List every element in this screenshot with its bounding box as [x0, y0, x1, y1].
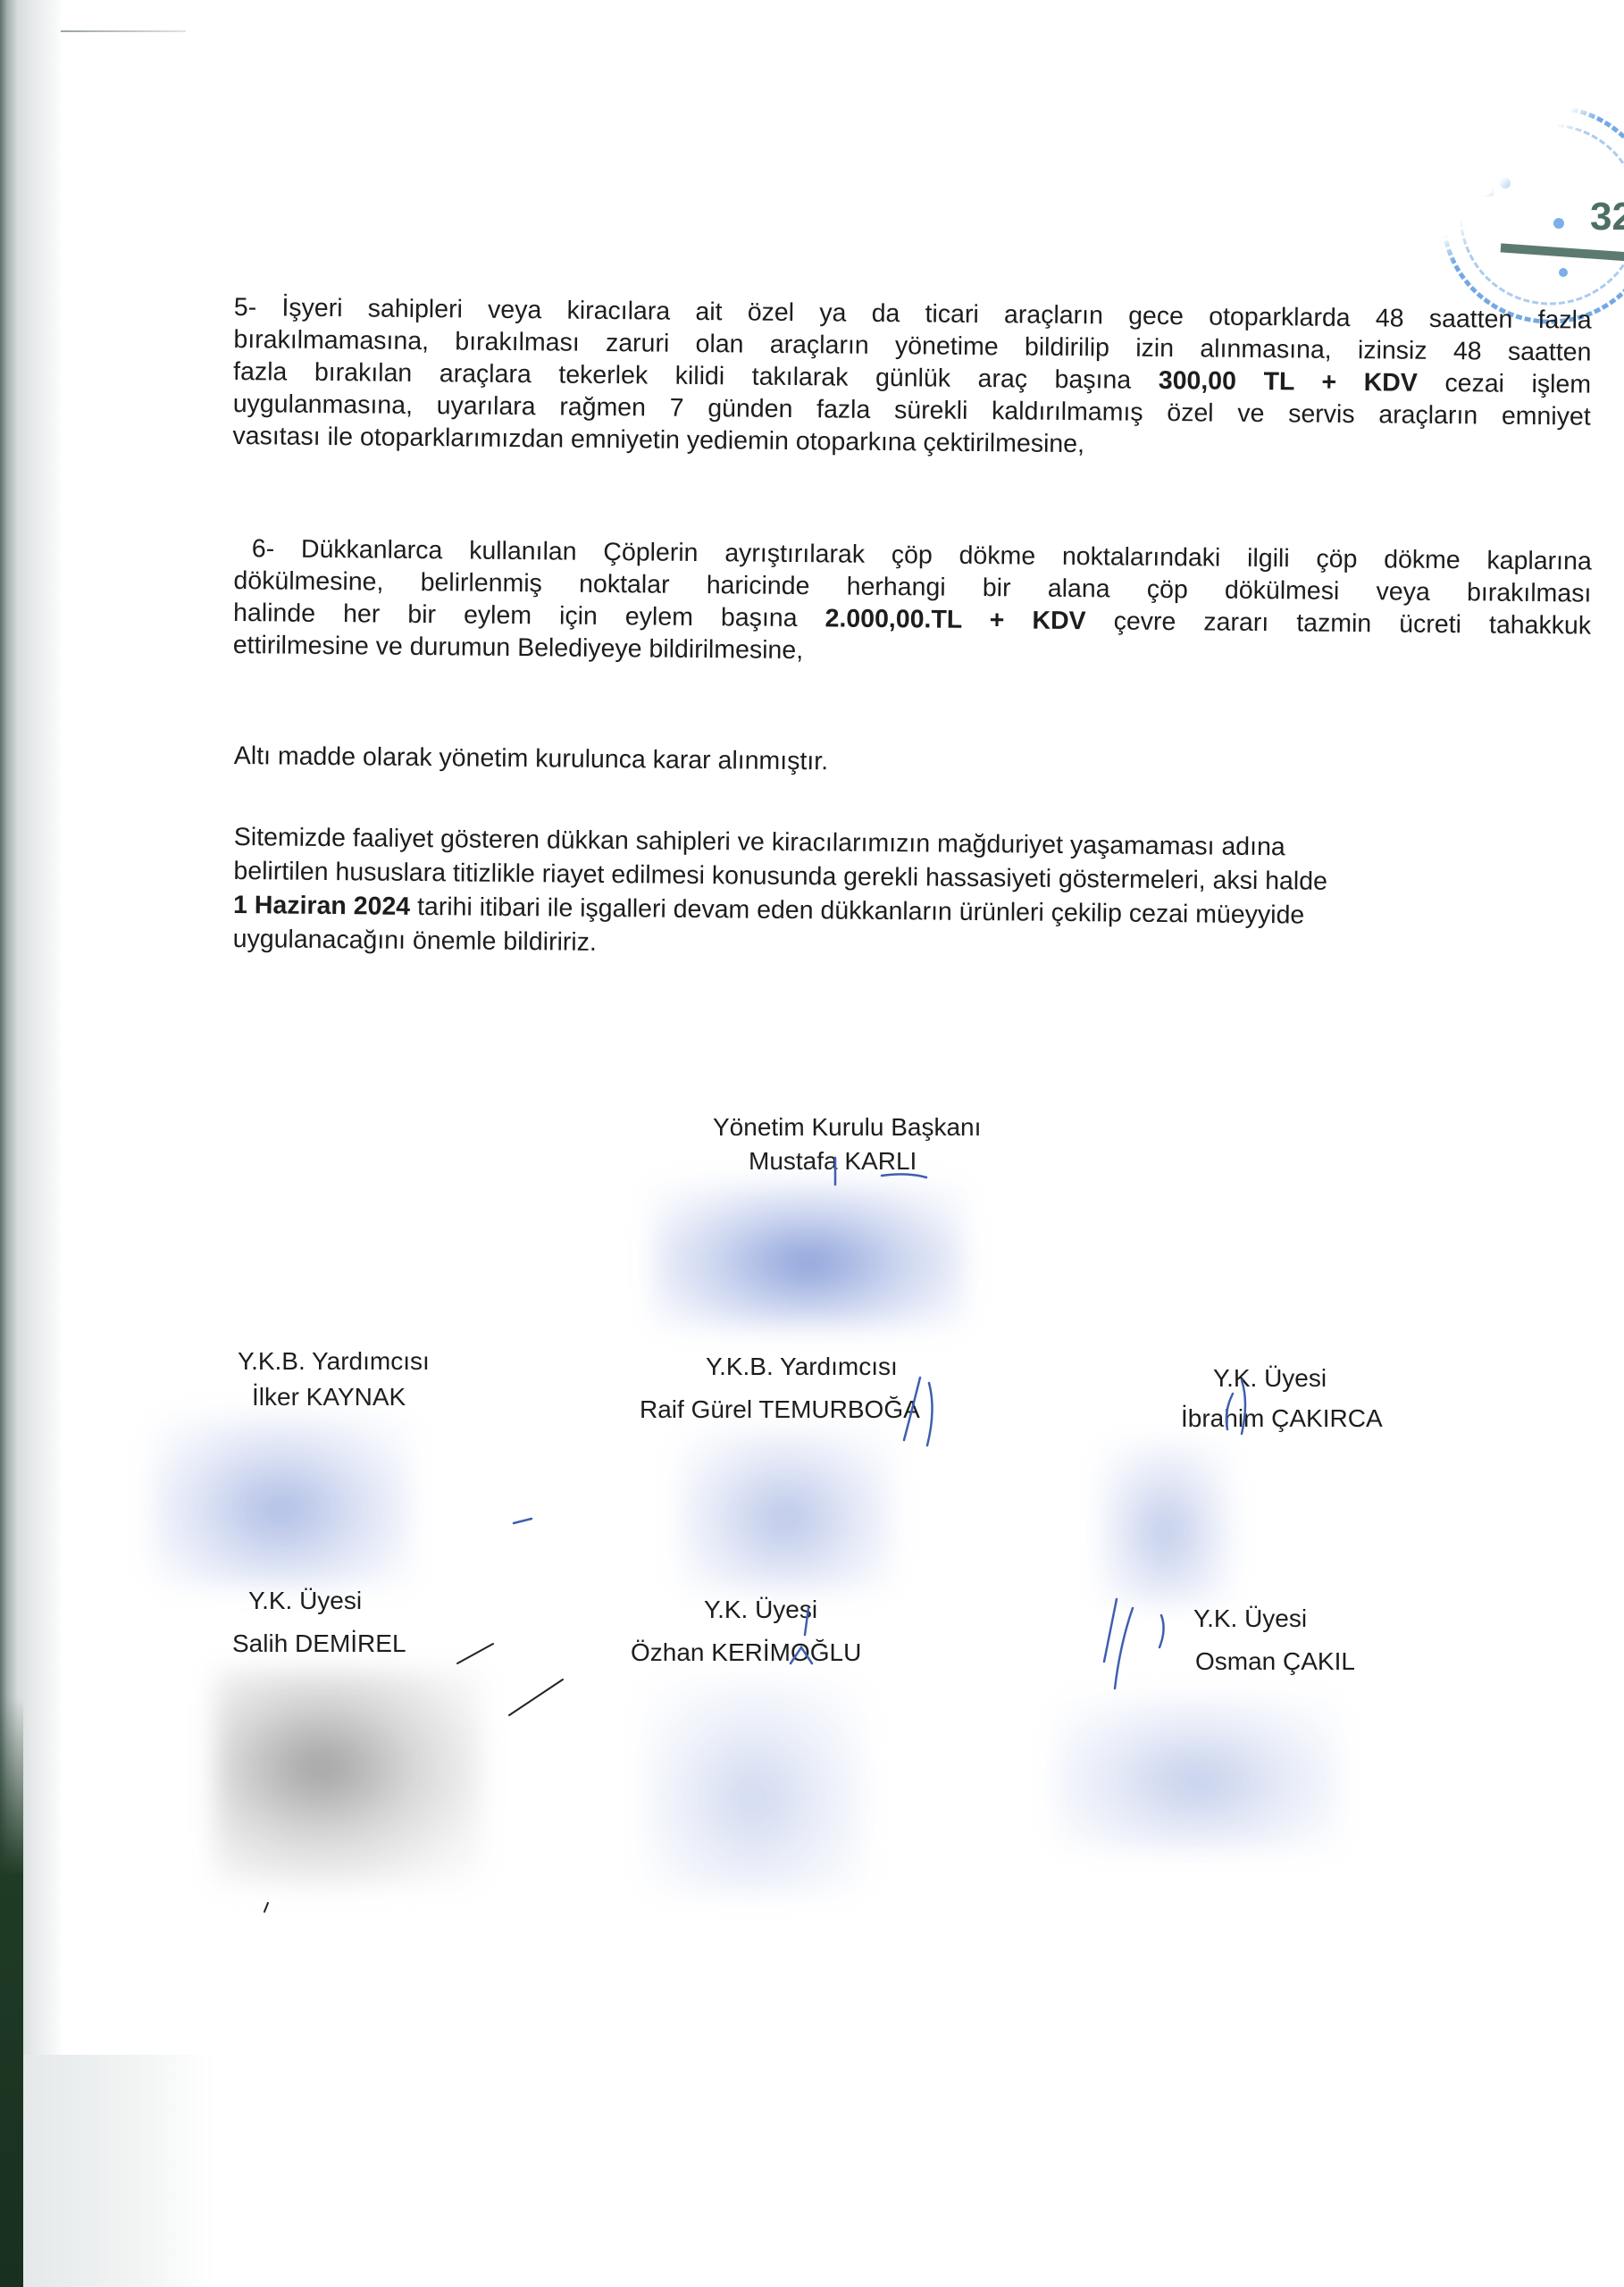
fine-amount: 2.000,00.TL + KDV	[825, 604, 1085, 635]
signatory-role: Y.K. Üyesi	[704, 1594, 817, 1626]
signatory-name: Mustafa KARLI	[749, 1145, 917, 1177]
fine-amount: 300,00 TL + KDV	[1159, 366, 1418, 398]
page-number: 32	[1590, 195, 1624, 239]
redacted-signature	[643, 1680, 866, 1894]
signatory-name: Osman ÇAKIL	[1195, 1646, 1355, 1678]
redacted-signature	[1099, 1443, 1233, 1604]
redacted-signature	[152, 1416, 411, 1586]
signatory-role: Yönetim Kurulu Başkanı	[713, 1111, 981, 1143]
signatory-name: İlker KAYNAK	[252, 1381, 406, 1413]
scan-shadow	[18, 2055, 214, 2287]
page-fold-line	[61, 30, 186, 32]
redacted-signature	[652, 1184, 965, 1327]
signatory-role: Y.K. Üyesi	[1193, 1603, 1307, 1635]
signatory-role: Y.K. Üyesi	[1213, 1362, 1327, 1395]
redacted-signature	[679, 1429, 893, 1590]
signatory-name: Raif Gürel TEMURBOĞA	[640, 1394, 920, 1426]
deadline-date: 1 Haziran 2024	[233, 891, 410, 921]
signatory-name: İbrahim ÇAKIRCA	[1181, 1403, 1383, 1435]
redacted-signature	[214, 1671, 482, 1885]
scan-dark-border	[0, 1697, 23, 2287]
signatory-role: Y.K.B. Yardımcısı	[238, 1345, 430, 1378]
signatory-name: Salih DEMİREL	[232, 1628, 406, 1660]
item-5-paragraph: 5- İşyeri sahipleri veya kiracılara ait …	[232, 291, 1592, 465]
signatory-role: Y.K. Üyesi	[248, 1585, 362, 1617]
decision-statement: Altı madde olarak yönetim kurulunca kara…	[234, 740, 1592, 785]
signatory-role: Y.K.B. Yardımcısı	[706, 1351, 898, 1383]
redacted-signature	[1054, 1697, 1340, 1849]
signatory-name: Özhan KERİMOĞLU	[631, 1637, 861, 1669]
notice-paragraph: Sitemizde faaliyet gösteren dükkan sahip…	[233, 820, 1520, 968]
item-6-paragraph: 6- Dükkanlarca kullanılan Çöplerin ayrış…	[233, 532, 1592, 674]
